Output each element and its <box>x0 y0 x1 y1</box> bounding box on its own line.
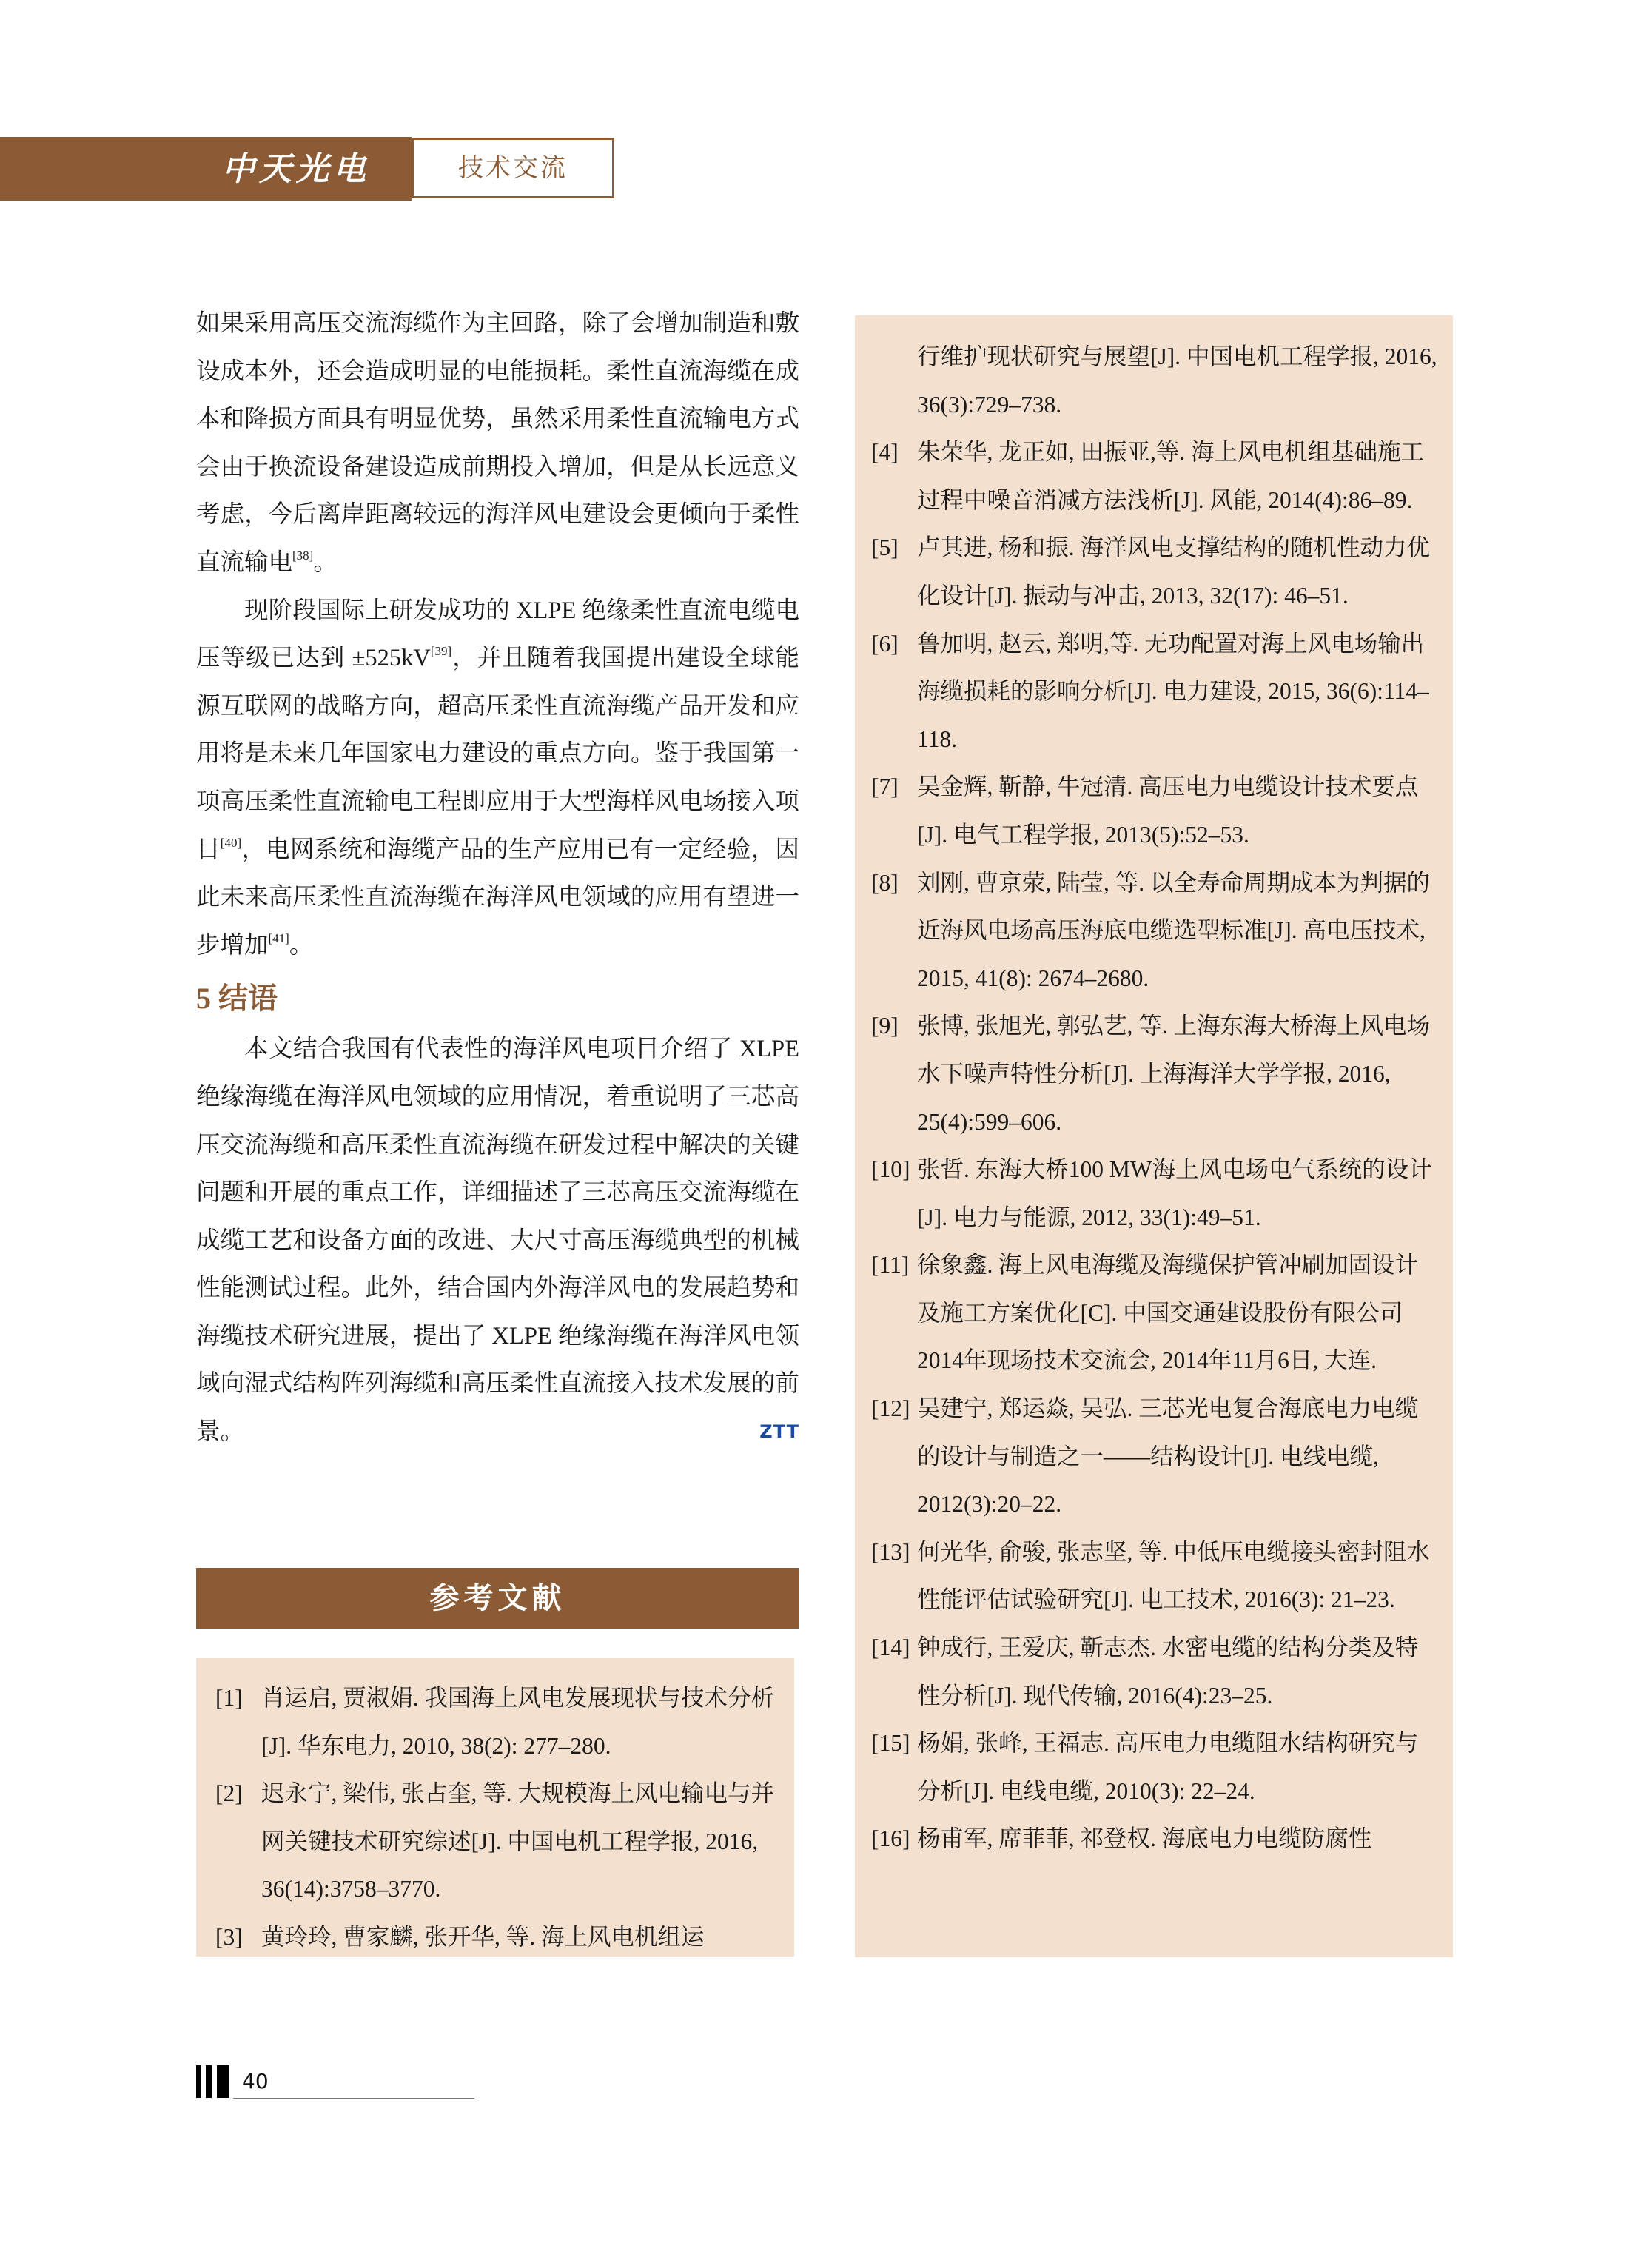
citation: [39] <box>431 644 451 658</box>
conclusion-paragraph: 本文结合我国有代表性的海洋风电项目介绍了 XLPE 绝缘海缆在海洋风电领域的应用… <box>196 1025 799 1455</box>
reference-number: [16] <box>871 1815 917 1863</box>
section-label: 技术交流 <box>412 138 614 198</box>
section-heading: 5 结语 <box>196 975 799 1022</box>
reference-item: [6] 鲁加明, 赵云, 郑明,等. 无功配置对海上风电场输出海缆损耗的影响分析… <box>871 620 1438 764</box>
paragraph-text: 本文结合我国有代表性的海洋风电项目介绍了 XLPE 绝缘海缆在海洋风电领域的应用… <box>196 1036 799 1445</box>
reference-text: 钟成行, 王爱庆, 靳志杰. 水密电缆的结构分类及特性分析[J]. 现代传输, … <box>917 1624 1438 1720</box>
reference-item: [2] 迟永宁, 梁伟, 张占奎, 等. 大规模海上风电输电与并网关键技术研究综… <box>215 1770 779 1914</box>
reference-text: 行维护现状研究与展望[J]. 中国电机工程学报, 2016, 36(3):729… <box>917 333 1438 429</box>
reference-item: [12] 吴建宁, 郑运焱, 吴弘. 三芯光电复合海底电力电缆的设计与制造之一—… <box>871 1385 1438 1529</box>
reference-number: [3] <box>215 1914 261 1962</box>
reference-text: 刘刚, 曹京荥, 陆莹, 等. 以全寿命周期成本为判据的近海风电场高压海底电缆选… <box>917 859 1438 1003</box>
reference-number: [7] <box>871 763 917 859</box>
reference-number: [1] <box>215 1674 261 1770</box>
reference-number: [6] <box>871 620 917 764</box>
reference-number: [4] <box>871 429 917 524</box>
reference-text: 杨娟, 张峰, 王福志. 高压电力电缆阻水结构研究与分析[J]. 电线电缆, 2… <box>917 1720 1438 1815</box>
reference-item: [11] 徐象鑫. 海上风电海缆及海缆保护管冲刷加固设计及施工方案优化[C]. … <box>871 1241 1438 1385</box>
citation: [40] <box>221 836 241 850</box>
reference-text: 朱荣华, 龙正如, 田振亚,等. 海上风电机组基础施工过程中噪音消减方法浅析[J… <box>917 429 1438 524</box>
reference-item: [9] 张博, 张旭光, 郭弘艺, 等. 上海东海大桥海上风电场水下噪声特性分析… <box>871 1002 1438 1146</box>
reference-text: 黄玲玲, 曹家麟, 张开华, 等. 海上风电机组运 <box>261 1914 779 1962</box>
references-box-left: [1] 肖运启, 贾淑娟. 我国海上风电发展现状与技术分析[J]. 华东电力, … <box>196 1658 794 1957</box>
reference-text: 杨甫军, 席菲菲, 祁登权. 海底电力电缆防腐性 <box>917 1815 1438 1863</box>
reference-number: [13] <box>871 1529 917 1624</box>
citation: [41] <box>269 931 289 945</box>
reference-number: [9] <box>871 1002 917 1146</box>
paragraph-text: ，并且随着我国提出建设全球能源互联网的战略方向，超高压柔性直流海缆产品开发和应用… <box>196 645 799 862</box>
reference-text: 吴建宁, 郑运焱, 吴弘. 三芯光电复合海底电力电缆的设计与制造之一——结构设计… <box>917 1385 1438 1529</box>
reference-text: 鲁加明, 赵云, 郑明,等. 无功配置对海上风电场输出海缆损耗的影响分析[J].… <box>917 620 1438 764</box>
references-heading: 参考文献 <box>196 1568 799 1629</box>
reference-number: [10] <box>871 1146 917 1241</box>
barcode-mark-icon <box>196 2065 233 2098</box>
reference-number: [11] <box>871 1241 917 1385</box>
paragraph-1: 如果采用高压交流海缆作为主回路，除了会增加制造和敷设成本外，还会造成明显的电能损… <box>196 300 799 587</box>
reference-item: [4] 朱荣华, 龙正如, 田振亚,等. 海上风电机组基础施工过程中噪音消减方法… <box>871 429 1438 524</box>
punct: 。 <box>313 549 338 576</box>
ztt-logo-mark: ZTT <box>711 1408 799 1455</box>
reference-item: [3] 黄玲玲, 曹家麟, 张开华, 等. 海上风电机组运 <box>215 1914 779 1962</box>
reference-text: 张哲. 东海大桥100 MW海上风电场电气系统的设计[J]. 电力与能源, 20… <box>917 1146 1438 1241</box>
brand-logo-text: 中天光电 <box>222 145 400 194</box>
citation: [38] <box>292 549 313 563</box>
reference-text: 徐象鑫. 海上风电海缆及海缆保护管冲刷加固设计及施工方案优化[C]. 中国交通建… <box>917 1241 1438 1385</box>
reference-item: [15] 杨娟, 张峰, 王福志. 高压电力电缆阻水结构研究与分析[J]. 电线… <box>871 1720 1438 1815</box>
footer-rule <box>233 2098 474 2099</box>
reference-text: 迟永宁, 梁伟, 张占奎, 等. 大规模海上风电输电与并网关键技术研究综述[J]… <box>261 1770 779 1914</box>
reference-item: [5] 卢其进, 杨和振. 海洋风电支撑结构的随机性动力优化设计[J]. 振动与… <box>871 524 1438 620</box>
punct: 。 <box>289 932 314 959</box>
references-box-right: [0] 行维护现状研究与展望[J]. 中国电机工程学报, 2016, 36(3)… <box>855 315 1453 1957</box>
reference-number: [14] <box>871 1624 917 1720</box>
reference-number: [2] <box>215 1770 261 1914</box>
reference-text: 吴金辉, 靳静, 牛冠清. 高压电力电缆设计技术要点[J]. 电气工程学报, 2… <box>917 763 1438 859</box>
reference-item: [16] 杨甫军, 席菲菲, 祁登权. 海底电力电缆防腐性 <box>871 1815 1438 1863</box>
reference-number: [5] <box>871 524 917 620</box>
reference-text: 张博, 张旭光, 郭弘艺, 等. 上海东海大桥海上风电场水下噪声特性分析[J].… <box>917 1002 1438 1146</box>
paragraph-text: 如果采用高压交流海缆作为主回路，除了会增加制造和敷设成本外，还会造成明显的电能损… <box>196 310 799 576</box>
reference-item: [10] 张哲. 东海大桥100 MW海上风电场电气系统的设计[J]. 电力与能… <box>871 1146 1438 1241</box>
reference-item: [14] 钟成行, 王爱庆, 靳志杰. 水密电缆的结构分类及特性分析[J]. 现… <box>871 1624 1438 1720</box>
reference-item: [1] 肖运启, 贾淑娟. 我国海上风电发展现状与技术分析[J]. 华东电力, … <box>215 1674 779 1770</box>
reference-number: [15] <box>871 1720 917 1815</box>
reference-number: [8] <box>871 859 917 1003</box>
reference-text: 卢其进, 杨和振. 海洋风电支撑结构的随机性动力优化设计[J]. 振动与冲击, … <box>917 524 1438 620</box>
reference-text: 何光华, 俞骏, 张志坚, 等. 中低压电缆接头密封阻水性能评估试验研究[J].… <box>917 1529 1438 1624</box>
reference-item: [7] 吴金辉, 靳静, 牛冠清. 高压电力电缆设计技术要点[J]. 电气工程学… <box>871 763 1438 859</box>
reference-number: [12] <box>871 1385 917 1529</box>
reference-item: [8] 刘刚, 曹京荥, 陆莹, 等. 以全寿命周期成本为判据的近海风电场高压海… <box>871 859 1438 1003</box>
paragraph-2: 现阶段国际上研发成功的 XLPE 绝缘柔性直流电缆电压等级已达到 ±525kV[… <box>196 587 799 970</box>
reference-item-continuation: [0] 行维护现状研究与展望[J]. 中国电机工程学报, 2016, 36(3)… <box>871 333 1438 429</box>
left-column: 如果采用高压交流海缆作为主回路，除了会增加制造和敷设成本外，还会造成明显的电能损… <box>196 300 799 1456</box>
reference-item: [13] 何光华, 俞骏, 张志坚, 等. 中低压电缆接头密封阻水性能评估试验研… <box>871 1529 1438 1624</box>
page-number: 40 <box>242 2065 269 2098</box>
reference-text: 肖运启, 贾淑娟. 我国海上风电发展现状与技术分析[J]. 华东电力, 2010… <box>261 1674 779 1770</box>
